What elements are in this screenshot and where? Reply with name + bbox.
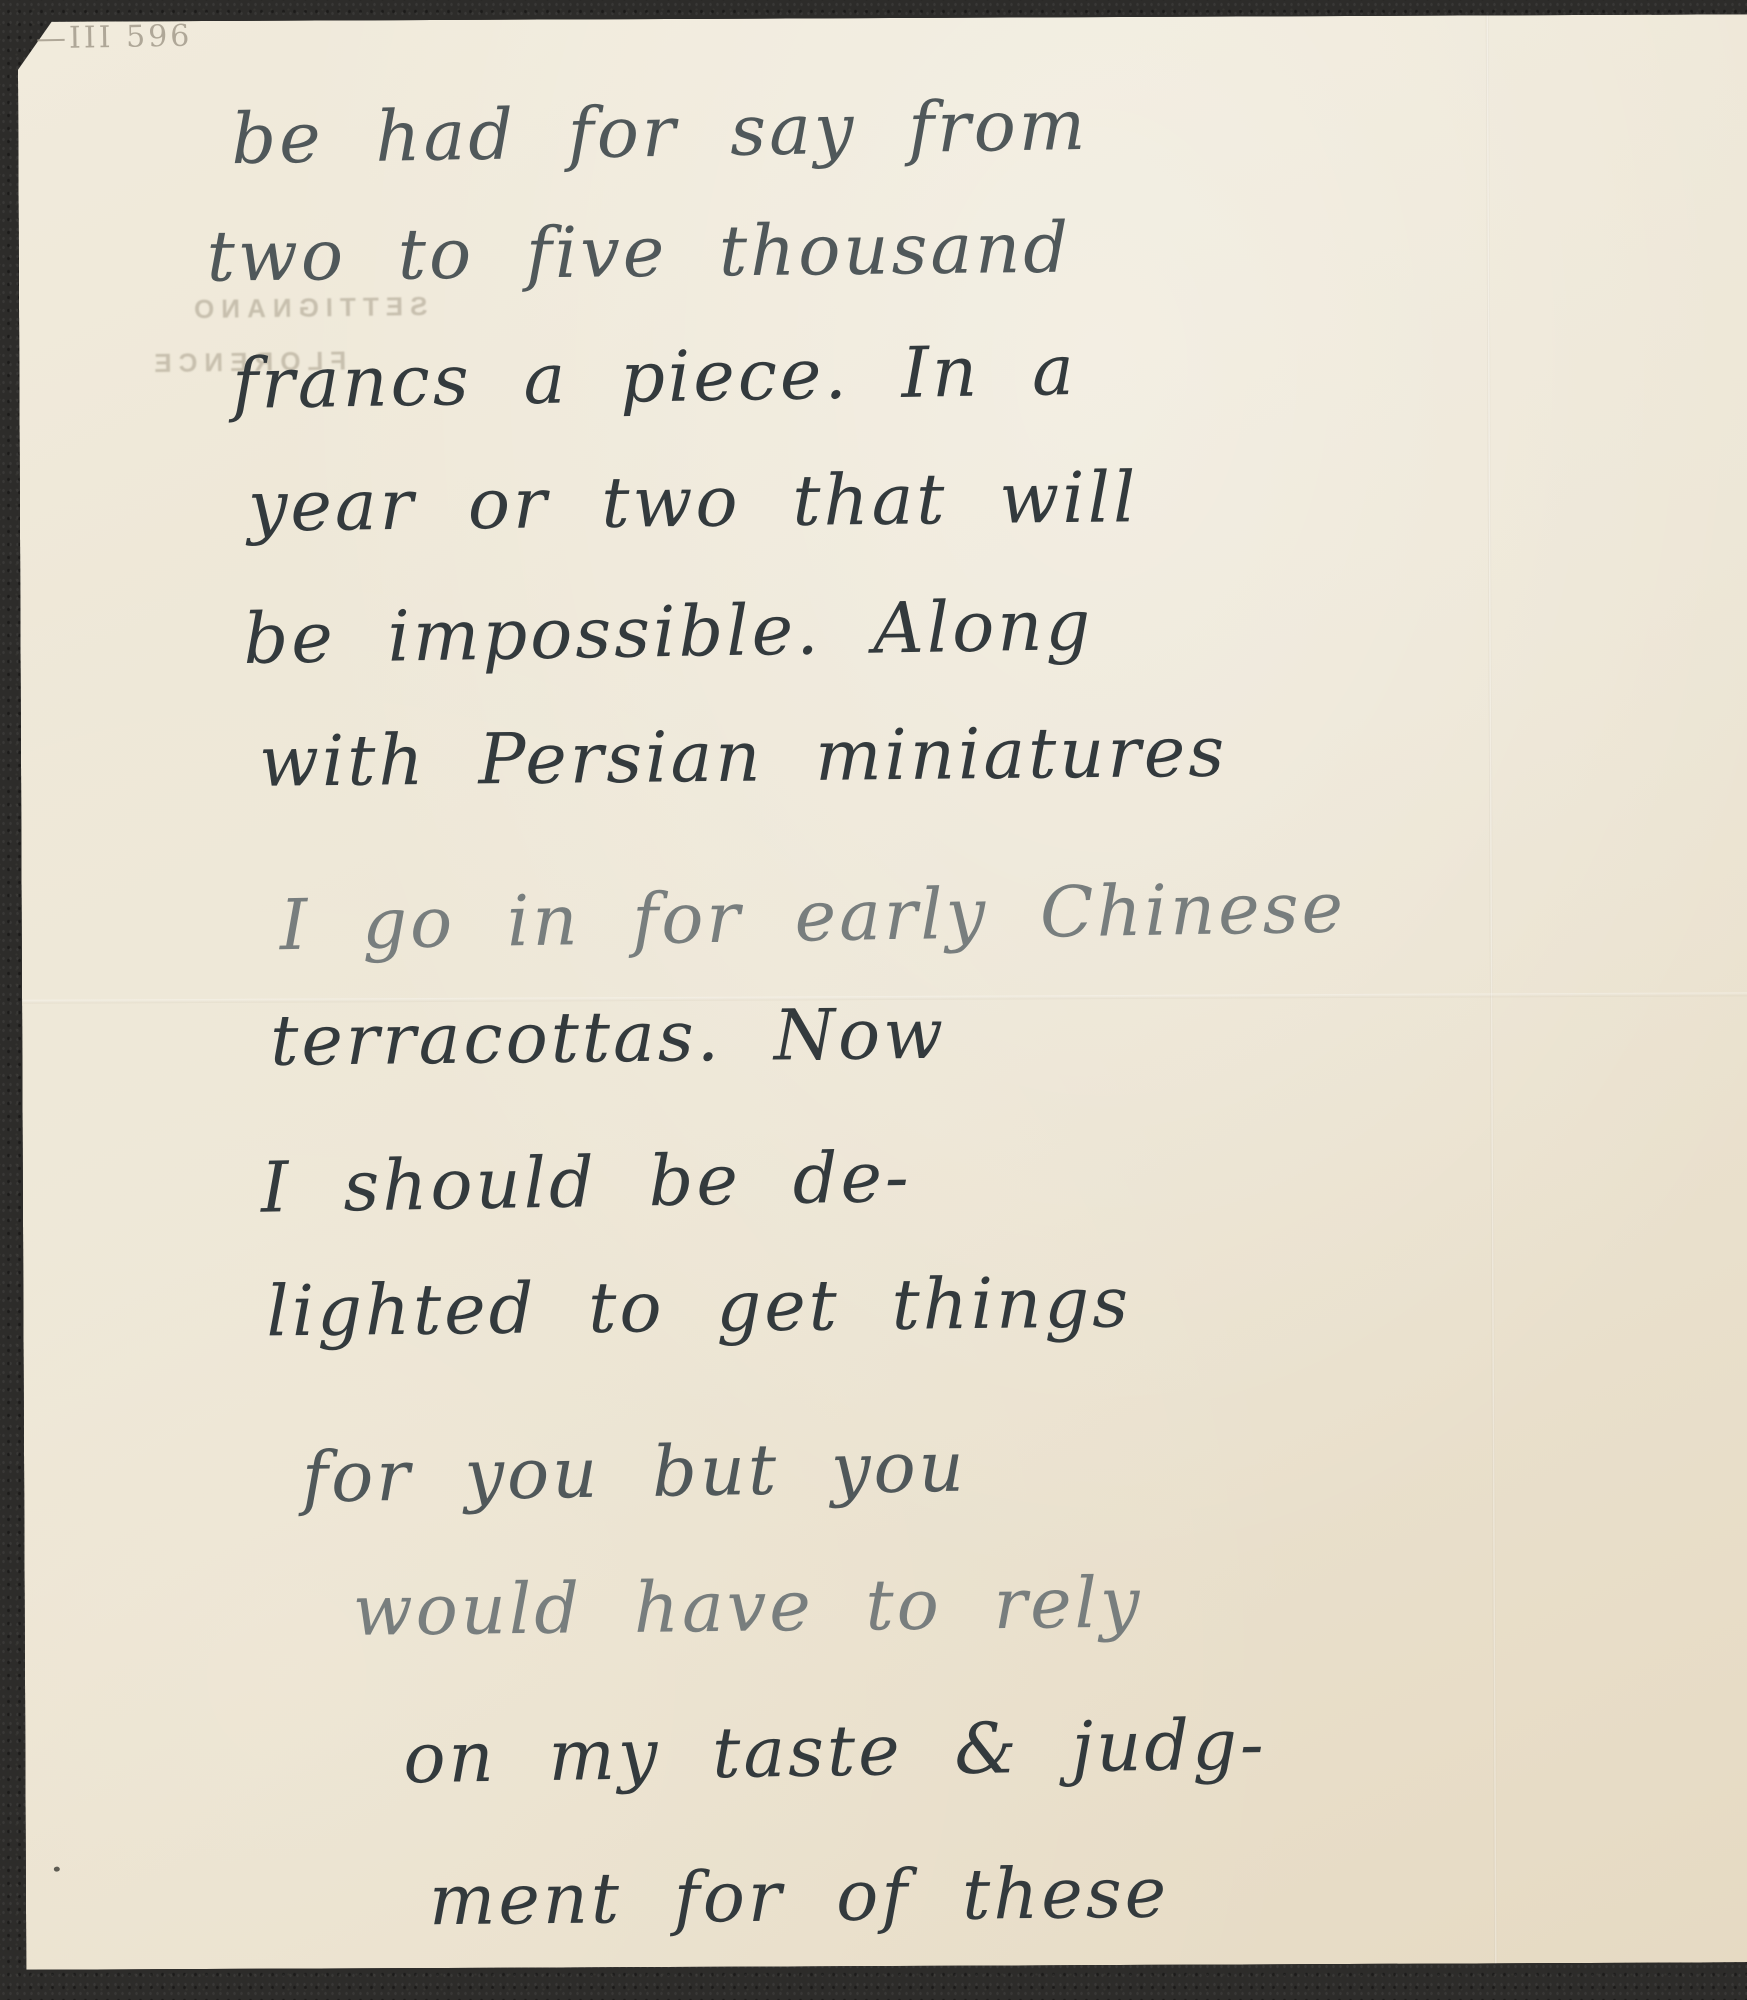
- handwritten-line-7: I go in for early Chinese: [279, 867, 1347, 967]
- handwritten-line-14: ment for of these: [429, 1852, 1170, 1942]
- handwritten-line-3: francs a piece. In a: [232, 329, 1078, 425]
- handwritten-line-8: terracottas. Now: [270, 993, 947, 1082]
- handwritten-line-11: for you but you: [301, 1426, 967, 1519]
- handwritten-line-1: be had for say from: [231, 84, 1089, 180]
- handwritten-line-4: year or two that will: [247, 456, 1138, 547]
- handwritten-line-12: would have to rely: [352, 1562, 1143, 1652]
- scan-background: { "colors": { "background": "#2c2b29", "…: [0, 0, 1747, 2000]
- handwritten-line-5: be impossible. Along: [243, 584, 1094, 680]
- fold-crease-vertical: [1486, 15, 1497, 1963]
- letter-page: SETTIGNANO FLORENCE be had for say from …: [18, 14, 1747, 1970]
- paper-speck: [54, 1867, 60, 1872]
- handwritten-line-6: with Persian miniatures: [259, 711, 1228, 803]
- handwritten-line-9: I should be de-: [260, 1136, 912, 1229]
- handwritten-line-13: on my taste & judg-: [403, 1703, 1268, 1799]
- handwritten-line-2: two to five thousand: [206, 207, 1071, 298]
- archival-number-pencil: —III 596: [36, 19, 193, 57]
- handwritten-line-10: lighted to get things: [266, 1261, 1131, 1352]
